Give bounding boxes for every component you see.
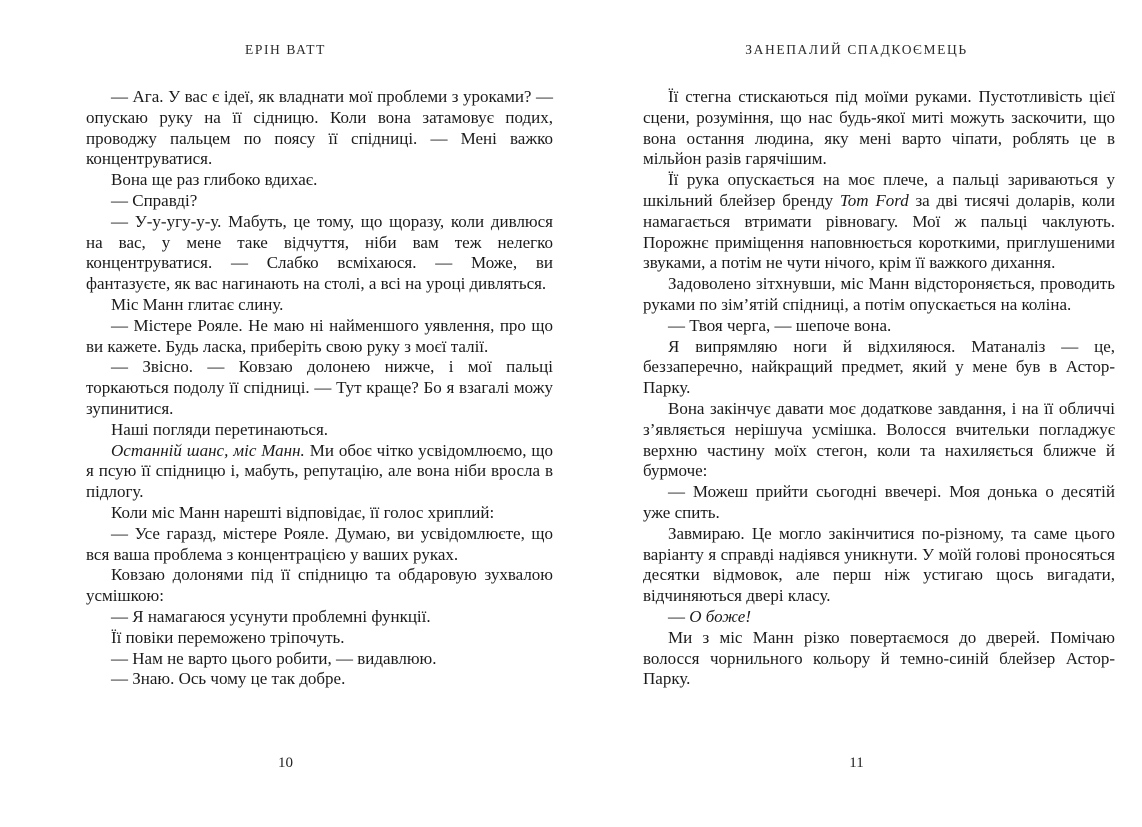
page-number-left: 10 <box>0 755 571 772</box>
paragraph: — Знаю. Ось чому це так добре. <box>86 669 553 690</box>
paragraph-segment: — Звісно. — Ковзаю долонею нижче, і мої … <box>86 357 553 418</box>
paragraph-segment-italic: О боже! <box>689 607 751 626</box>
paragraph: Її стегна стискаються під моїми руками. … <box>643 87 1115 170</box>
paragraph: — Можеш прийти сьогодні ввечері. Моя дон… <box>643 482 1115 524</box>
page-text-column: — Ага. У вас є ідеї, як владнати мої про… <box>86 87 553 690</box>
paragraph: Ковзаю долонями під її спідницю та обдар… <box>86 565 553 607</box>
paragraph: Останній шанс, міс Манн. Ми обоє чітко у… <box>86 441 553 503</box>
paragraph-segment: — Справді? <box>111 191 197 210</box>
paragraph-segment: — У-у-угу-у-у. Мабуть, це тому, що щораз… <box>86 212 553 293</box>
paragraph: Задоволено зітхнувши, міс Манн відсторон… <box>643 274 1115 316</box>
paragraph-segment: Вона закінчує давати моє додаткове завда… <box>643 399 1115 480</box>
paragraph-segment: Вона ще раз глибоко вдихає. <box>111 170 317 189</box>
book-spread: ЕРІН ВАТТ — Ага. У вас є ідеї, як владна… <box>0 0 1142 827</box>
paragraph-segment: Міс Манн глитає слину. <box>111 295 283 314</box>
paragraph: Завмираю. Це могло закінчитися по-різном… <box>643 524 1115 607</box>
paragraph: — Нам не варто цього робити, — видавлюю. <box>86 649 553 670</box>
paragraph: Коли міс Манн нарешті відповідає, її гол… <box>86 503 553 524</box>
paragraph-segment: Ковзаю долонями під її спідницю та обдар… <box>86 565 553 605</box>
paragraph-segment: Ми з міс Манн різко повертаємося до двер… <box>643 628 1115 689</box>
paragraph: — О боже! <box>643 607 1115 628</box>
paragraph-segment: Завмираю. Це могло закінчитися по-різном… <box>643 524 1115 605</box>
paragraph-segment: — <box>668 607 689 626</box>
paragraph: Вона закінчує давати моє додаткове завда… <box>643 399 1115 482</box>
paragraph: Її рука опускається на моє плече, а паль… <box>643 170 1115 274</box>
paragraph: Її повіки переможено тріпочуть. <box>86 628 553 649</box>
paragraph: Я випрямляю ноги й відхиляюся. Матаналіз… <box>643 337 1115 399</box>
paragraph-segment: — Я намагаюся усунути проблемні функції. <box>111 607 431 626</box>
page-number-right: 11 <box>571 755 1142 772</box>
paragraph-segment: — Можеш прийти сьогодні ввечері. Моя дон… <box>643 482 1115 522</box>
paragraph: Міс Манн глитає слину. <box>86 295 553 316</box>
paragraph-segment: Її повіки переможено тріпочуть. <box>111 628 345 647</box>
paragraph: Наші погляди перетинаються. <box>86 420 553 441</box>
running-header-right: ЗАНЕПАЛИЙ СПАДКОЄМЕЦЬ <box>571 42 1142 58</box>
paragraph-segment: — Знаю. Ось чому це так добре. <box>111 669 345 688</box>
paragraph: Ми з міс Манн різко повертаємося до двер… <box>643 628 1115 690</box>
paragraph: — Я намагаюся усунути проблемні функції. <box>86 607 553 628</box>
paragraph-segment: — Усе гаразд, містере Рояле. Думаю, ви у… <box>86 524 553 564</box>
paragraph: — Містере Рояле. Не маю ні найменшого уя… <box>86 316 553 358</box>
running-header-left: ЕРІН ВАТТ <box>0 42 571 58</box>
paragraph-segment-italic: Tom Ford <box>840 191 909 210</box>
paragraph-segment: Її стегна стискаються під моїми руками. … <box>643 87 1115 168</box>
paragraph-segment: — Нам не варто цього робити, — видавлюю. <box>111 649 436 668</box>
paragraph: — Усе гаразд, містере Рояле. Думаю, ви у… <box>86 524 553 566</box>
paragraph-segment: Я випрямляю ноги й відхиляюся. Матаналіз… <box>643 337 1115 398</box>
paragraph: Вона ще раз глибоко вдихає. <box>86 170 553 191</box>
paragraph: — Справді? <box>86 191 553 212</box>
paragraph-segment: Наші погляди перетинаються. <box>111 420 328 439</box>
paragraph-segment: — Твоя черга, — шепоче вона. <box>668 316 891 335</box>
paragraph-segment: Коли міс Манн нарешті відповідає, її гол… <box>111 503 494 522</box>
paragraph-segment: — Ага. У вас є ідеї, як владнати мої про… <box>86 87 553 168</box>
page-right: ЗАНЕПАЛИЙ СПАДКОЄМЕЦЬ Її стегна стискают… <box>571 0 1142 827</box>
page-text-column: Її стегна стискаються під моїми руками. … <box>643 87 1115 690</box>
paragraph: — Ага. У вас є ідеї, як владнати мої про… <box>86 87 553 170</box>
paragraph: — Твоя черга, — шепоче вона. <box>643 316 1115 337</box>
paragraph: — У-у-угу-у-у. Мабуть, це тому, що щораз… <box>86 212 553 295</box>
page-left: ЕРІН ВАТТ — Ага. У вас є ідеї, як владна… <box>0 0 571 827</box>
paragraph-segment: Задоволено зітхнувши, міс Манн відсторон… <box>643 274 1115 314</box>
paragraph-segment: — Містере Рояле. Не маю ні найменшого уя… <box>86 316 553 356</box>
paragraph-segment-italic: Останній шанс, міс Манн. <box>111 441 305 460</box>
paragraph: — Звісно. — Ковзаю долонею нижче, і мої … <box>86 357 553 419</box>
